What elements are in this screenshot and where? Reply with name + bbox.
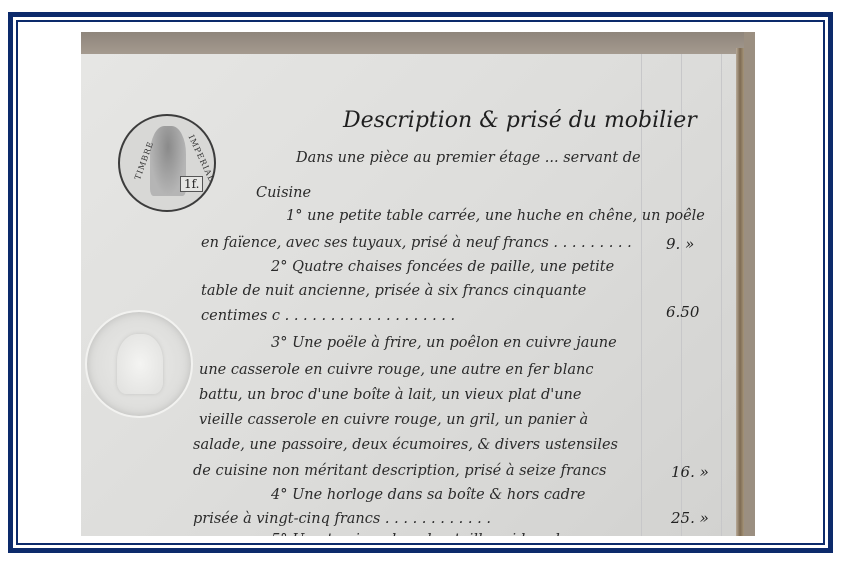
- manuscript-line: en faïence, avec ses tuyaux, prisé à neu…: [201, 235, 632, 251]
- table-surface-top: [81, 32, 755, 54]
- manuscript-line: centimes c . . . . . . . . . . . . . . .…: [201, 308, 455, 324]
- manuscript-line: 1° une petite table carrée, une huche en…: [286, 208, 705, 224]
- manuscript-line: 2° Quatre chaises foncées de paille, une…: [271, 259, 614, 275]
- eagle-icon: [117, 334, 163, 394]
- amount-value: 9. »: [666, 235, 694, 253]
- timbre-imperial-ink-stamp: TIMBRE IMPERIAL 1f.: [118, 114, 216, 212]
- imperial-eagle-dry-seal: [85, 310, 193, 418]
- column-rule: [721, 54, 722, 536]
- manuscript-photo: TIMBRE IMPERIAL 1f. Description & prisé …: [81, 32, 755, 536]
- document-title: Description & prisé du mobilier: [343, 108, 697, 133]
- manuscript-line: 4° Une horloge dans sa boîte & hors cadr…: [271, 487, 585, 503]
- manuscript-line: salade, une passoire, deux écumoires, & …: [193, 437, 618, 453]
- manuscript-line: table de nuit ancienne, prisée à six fra…: [201, 283, 586, 299]
- manuscript-line: 3° Une poële à frire, un poêlon en cuivr…: [271, 335, 617, 351]
- stamp-value: 1f.: [180, 176, 203, 192]
- document-subtitle: Dans une pièce au premier étage ... serv…: [296, 150, 641, 166]
- amount-value: 16. »: [671, 463, 709, 481]
- manuscript-line: battu, un broc d'une boîte à lait, un vi…: [199, 387, 581, 403]
- manuscript-line: 5° Une terrine, deux bouteilles vides, d…: [271, 532, 586, 536]
- amount-value: 25. »: [671, 509, 709, 527]
- manuscript-line: une casserole en cuivre rouge, une autre…: [199, 362, 593, 378]
- amount-value: 6.50: [666, 303, 699, 321]
- page-edge: [736, 48, 744, 536]
- manuscript-line: de cuisine non méritant description, pri…: [193, 463, 606, 479]
- manuscript-line: prisée à vingt-cinq francs . . . . . . .…: [193, 511, 491, 527]
- table-surface-right: [744, 32, 755, 536]
- manuscript-line: vieille casserole en cuivre rouge, un gr…: [199, 412, 588, 428]
- manuscript-line: Cuisine: [256, 185, 311, 201]
